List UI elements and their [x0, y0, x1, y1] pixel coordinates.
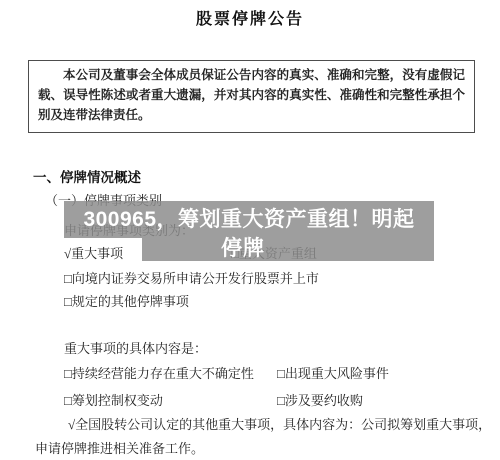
- section-heading: 一、停牌情况概述: [33, 166, 141, 186]
- detail-option-other-recognized-checked: √全国股转公司认定的其他重大事项，具体内容为：公司拟筹划重大事项，: [68, 414, 491, 433]
- detail-intro: 重大事项的具体内容是：: [64, 338, 207, 357]
- disclaimer-text: 本公司及董事会全体成员保证公告内容的真实、准确和完整，没有虚假记载、误导性陈述或…: [38, 68, 465, 122]
- detail-option-other-recognized-continuation: 申请停牌推进相关准备工作。: [35, 438, 204, 457]
- page-title: 股票停牌公告: [0, 6, 500, 29]
- news-caption-line1: 300965，筹划重大资产重组！明起: [64, 201, 434, 238]
- option-other-prescribed: □规定的其他停牌事项: [64, 291, 189, 310]
- detail-option-control-change: □筹划控制权变动: [64, 390, 163, 409]
- suspension-announcement-page: 股票停牌公告 本公司及董事会全体成员保证公告内容的真实、准确和完整，没有虚假记载…: [0, 0, 500, 460]
- disclaimer-box: 本公司及董事会全体成员保证公告内容的真实、准确和完整，没有虚假记载、误导性陈述或…: [28, 60, 475, 133]
- news-caption-line2: 停牌: [142, 238, 434, 261]
- detail-option-going-concern: □持续经营能力存在重大不确定性: [64, 363, 254, 382]
- detail-option-tender-offer: □涉及要约收购: [277, 390, 363, 409]
- option-major-event-checked: √重大事项: [64, 243, 123, 262]
- detail-option-major-risk: □出现重大风险事件: [277, 363, 389, 382]
- option-ipo-application: □向境内证券交易所申请公开发行股票并上市: [64, 268, 319, 287]
